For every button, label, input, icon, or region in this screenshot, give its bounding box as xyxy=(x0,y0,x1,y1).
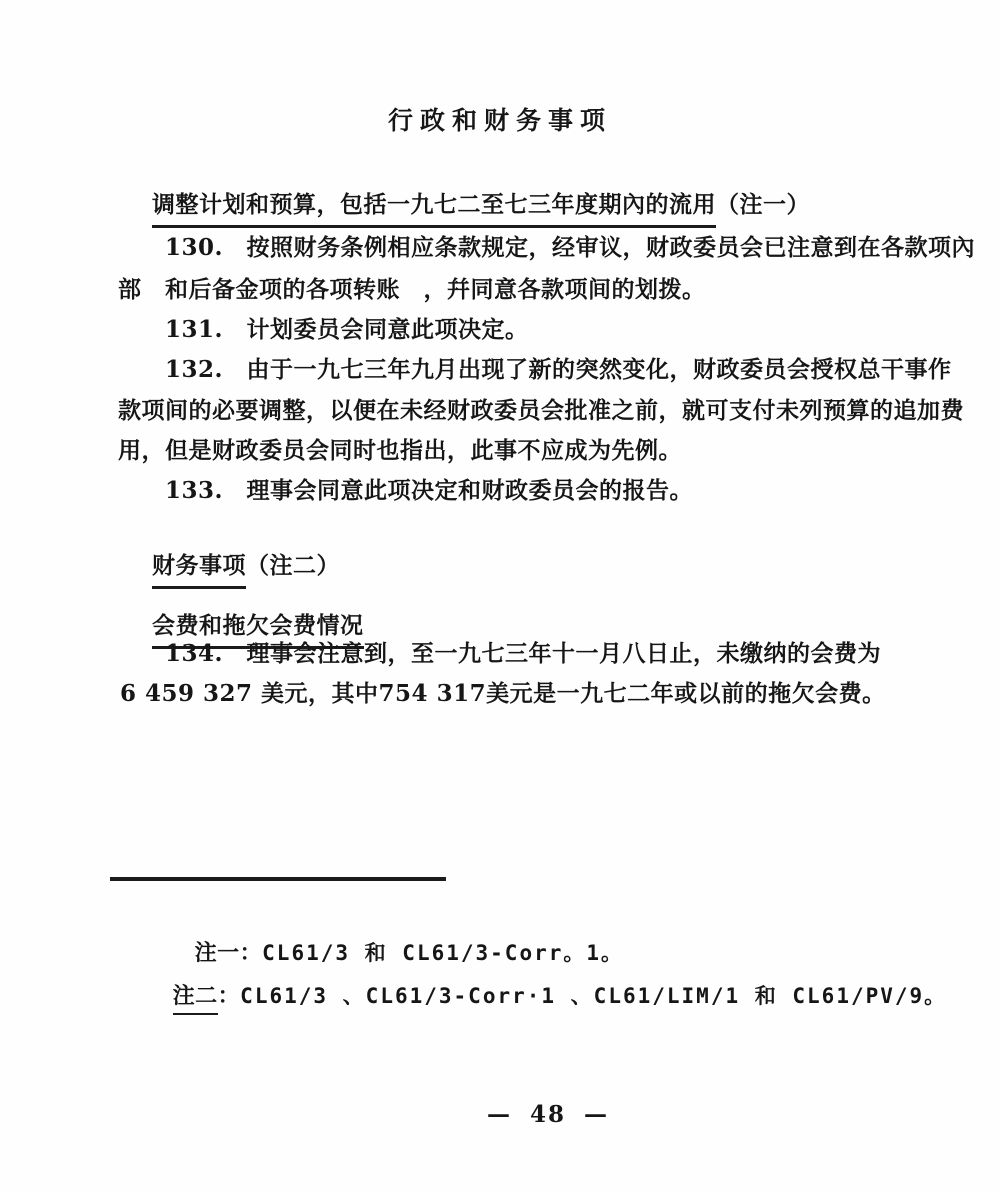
paragraph-132-line-2: 款项间的必要调整，以便在未经财政委员会批准之前，就可支付未列预算的追加费 xyxy=(118,397,964,426)
paragraph-133: 133. 理事会同意此项决定和财政委员会的报告。 xyxy=(165,477,693,506)
heading-budget-adjustments-text: 调整计划和预算，包括一九七二至七三年度期內的流用 xyxy=(152,191,716,228)
footnote-2-label: 注二 xyxy=(173,983,218,1016)
paragraph-132-line-3: 用，但是财政委员会同时也指出，此事不应成为先例。 xyxy=(118,437,682,466)
footnote-2: 注二：CL61/3 、CL61/3-Corr·1 、CL61/LIM/1 和 C… xyxy=(140,955,947,1043)
heading-budget-adjustments-note-ref: （注一） xyxy=(716,191,810,218)
paragraph-130-line-2: 部 和后备金项的各项转账 ，幷同意各款项间的划拨。 xyxy=(118,276,706,305)
paragraph-134-line-2: 6 459 327 美元，其中754 317美元是一九七二年或以前的拖欠会费。 xyxy=(120,680,886,709)
footnote-divider-rule xyxy=(110,877,446,881)
paragraph-134-line-1: 134. 理事会注意到，至一九七三年十一月八日止，未缴纳的会费为 xyxy=(165,640,881,669)
page-number: — 48 — xyxy=(96,1101,1000,1128)
paragraph-131: 131. 计划委员会同意此项决定。 xyxy=(165,316,529,345)
paragraph-130-line-1: 130. 按照财务条例相应条款规定，经审议，财政委员会已注意到在各款项內 xyxy=(165,234,975,263)
footnote-2-colon: ： xyxy=(218,983,241,1009)
scanned-document-page: 行政和财务事项 调整计划和预算，包括一九七二至七三年度期內的流用（注一） 130… xyxy=(0,0,1000,1193)
footnote-2-references: CL61/3 、CL61/3-Corr·1 、CL61/LIM/1 和 CL61… xyxy=(240,984,947,1008)
heading-financial-matters-note-ref: （注二） xyxy=(246,552,340,579)
paragraph-132-line-1: 132. 由于一九七三年九月出现了新的突然变化，财政委员会授权总干事作 xyxy=(165,356,952,385)
document-title: 行政和财务事项 xyxy=(0,101,1000,137)
